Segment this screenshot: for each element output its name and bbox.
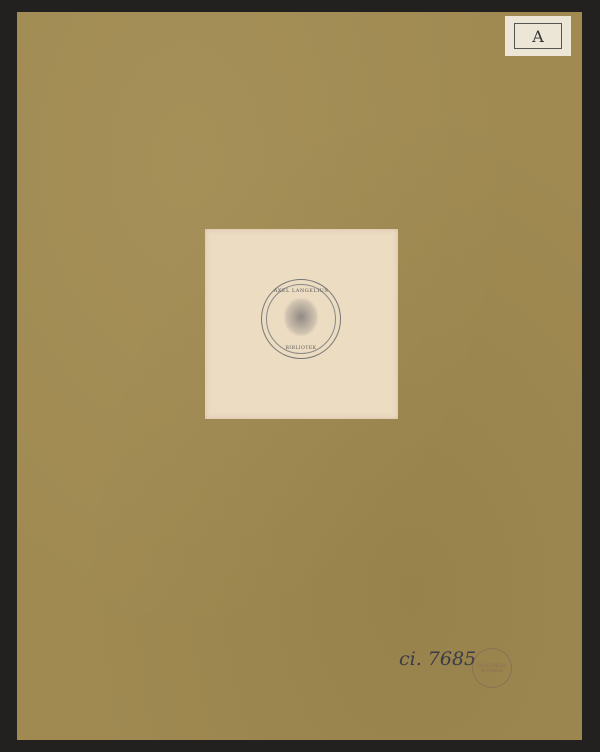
mount-board: A AXEL LANGELIUS BIBLIOTEK ci. 7685 BIBL… <box>17 12 582 740</box>
seal-figure-icon <box>284 298 318 336</box>
label-letter: A <box>514 23 562 49</box>
library-stamp: BIBLIOTHÈQUE NATIONALE <box>472 648 512 688</box>
catalog-number: ci. 7685 <box>399 648 476 670</box>
bookplate-print: AXEL LANGELIUS BIBLIOTEK <box>205 229 398 419</box>
seal-bottom-text: BIBLIOTEK <box>262 346 340 351</box>
label-tag: A <box>505 16 571 56</box>
seal-top-text: AXEL LANGELIUS <box>262 288 340 294</box>
ex-libris-seal: AXEL LANGELIUS BIBLIOTEK <box>261 279 341 359</box>
